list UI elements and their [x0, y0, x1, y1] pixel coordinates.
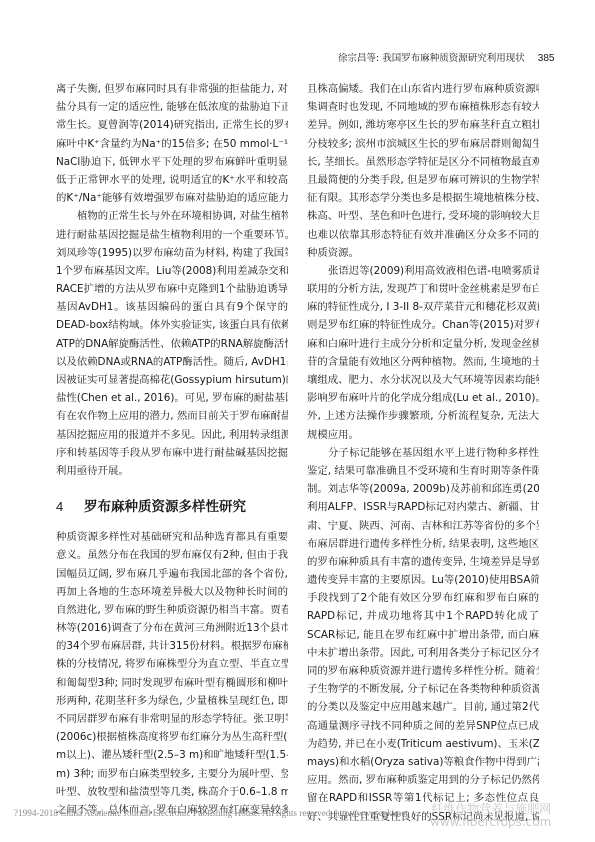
left-column: 离子失衡, 但罗布麻同时具有非常强的拒盐能力, 对 盐分具有一定的适应性, 能够…: [56, 80, 288, 819]
text-line: 因被证实可显著提高棉花(Gossypium hirsutum)的耐: [56, 371, 288, 389]
text-line: 制。刘志华等(2009a, 2009b)及苏前和邱连勇(2015): [307, 480, 539, 498]
text-line: 且株高偏矮。我们在山东省内进行罗布麻种质资源收: [307, 80, 539, 98]
site-watermark: 纤维作物营养与施肥网 www.fibercrops.com: [430, 803, 551, 829]
text-line: 中未扩增出条带。因此, 可利用各类分子标记区分不: [307, 644, 539, 662]
text-line: 外, 上述方法操作步骤繁琐, 分析流程复杂, 无法大: [307, 407, 539, 425]
text-line: 差异。例如, 潍坊寒亭区生长的罗布麻茎秆直立粗壮,: [307, 116, 539, 134]
text-line: 进行耐盐基因挖掘是盐生植物利用的一个重要环节。: [56, 226, 288, 244]
text-line: RACE扩增的方法从罗布麻中克隆到1个盐胁迫诱导: [56, 280, 288, 298]
text-line: 联用的分析方法, 发现芦丁和贯叶金丝桃素是罗布白: [307, 280, 539, 298]
text-line: 低于正常钾水平的处理, 说明适宜的K⁺水平和较高: [56, 171, 288, 189]
text-line: ATP的DNA解旋酶活性、依赖ATP的RNA解旋酶活性: [56, 335, 288, 353]
text-line: m) 3种; 而罗布白麻类型较多, 主要分为展叶型、竖: [56, 765, 288, 783]
text-line: (2006c)根据植株高度将罗布红麻分为丛生高秆型(3: [56, 728, 288, 746]
paragraph-molecular-markers: 分子标记能够在基因组水平上进行物种多样性 鉴定, 结果可靠准确且不受环境和生育时…: [307, 444, 539, 826]
text-line: 的K⁺/Na⁺能够有效增强罗布麻对盐胁迫的适应能力。: [56, 189, 288, 207]
page-number: 385: [538, 53, 555, 64]
text-line: 株高、叶型、茎色和叶色进行, 受环境的影响较大且: [307, 207, 539, 225]
text-line: 手段找到了2个能有效区分罗布红麻和罗布白麻的: [307, 589, 539, 607]
text-line: 利用ALFP、ISSR与RAPD标记对内蒙古、新疆、甘: [307, 498, 539, 516]
text-line: 的分类以及鉴定中应用越来越广。目前, 通过第2代: [307, 698, 539, 716]
text-line: 种质资源。: [307, 244, 539, 262]
text-line: 利用亟待开展。: [56, 462, 288, 480]
text-line: 也难以依靠其形态特征有效并准确区分众多不同的: [307, 226, 539, 244]
watermark-url: www.fibercrops.com: [430, 816, 551, 829]
paragraph-chemical-analysis: 张语迟等(2009)利用高效液相色谱-电喷雾质谱 联用的分析方法, 发现芦丁和贯…: [307, 262, 539, 444]
text-line: 分枝较多; 滨州市滨城区生长的罗布麻居群则匍匐生: [307, 135, 539, 153]
text-line: RAPD标记, 并成功地将其中1个RAPD转化成了: [307, 607, 539, 625]
text-line: 和匍匐型3种; 同时发现罗布麻叶型有椭圆形和柳叶: [56, 674, 288, 692]
text-line: 基因AvDH1。该基因编码的蛋白具有9个保守的: [56, 298, 288, 316]
text-line: 种质资源多样性对基础研究和品种选育都具有重要: [56, 528, 288, 546]
paragraph-morphology: 且株高偏矮。我们在山东省内进行罗布麻种质资源收 集调查时也发现, 不同地域的罗布…: [307, 80, 539, 262]
text-line: 分子标记能够在基因组水平上进行物种多样性: [307, 444, 539, 462]
text-line: 同的罗布麻种质资源并进行遗传多样性分析。随着分: [307, 662, 539, 680]
text-line: 离子失衡, 但罗布麻同时具有非常强的拒盐能力, 对: [56, 80, 288, 98]
text-line: 意义。虽然分布在我国的罗布麻仅有2种, 但由于我: [56, 546, 288, 564]
text-line: 麻的特征性成分, I 3-II 8-双芹菜苷元和穗花杉双黄酮: [307, 298, 539, 316]
text-line: 再加上各地的生态环境差异极大以及物种长时间的: [56, 583, 288, 601]
text-line: DEAD-box结构域。体外实验证实, 该蛋白具有依赖: [56, 316, 288, 334]
text-line: 为趋势, 并已在小麦(Triticum aestivum)、玉米(Zea: [307, 735, 539, 753]
paragraph-salt-genes: 植物的正常生长与外在环境相协调, 对盐生植物 进行耐盐基因挖掘是盐生植物利用的一…: [56, 207, 288, 480]
text-line: 常生长。夏曾润等(2014)研究指出, 正常生长的罗布: [56, 116, 288, 134]
text-line: 麻和白麻叶进行主成分分析和定量分析, 发现金丝桃: [307, 335, 539, 353]
text-line: 刘凤珍等(1995)以罗布麻幼苗为材料, 构建了我国第: [56, 244, 288, 262]
right-column: 且株高偏矮。我们在山东省内进行罗布麻种质资源收 集调查时也发现, 不同地域的罗布…: [307, 80, 539, 826]
text-line: mays)和水稻(Oryza sativa)等粮食作物中得到广泛: [307, 753, 539, 771]
section-heading: 4罗布麻种质资源多样性研究: [56, 496, 288, 518]
running-title: 徐宗昌等: 我国罗布麻种质资源研究利用现状: [338, 53, 525, 64]
text-line: 肃、宁夏、陕西、河南、吉林和江苏等省份的多个罗: [307, 517, 539, 535]
text-line: 则是罗布红麻的特征性成分。Chan等(2015)对罗布红: [307, 316, 539, 334]
text-line: 的罗布麻种质具有丰富的遗传变异, 生境差异是导致: [307, 553, 539, 571]
text-line: m以上)、灌丛矮秆型(2.5–3 m)和旷地矮秆型(1.5–2: [56, 746, 288, 764]
text-line: 麻叶中K⁺含量约为Na⁺的15倍多; 在50 mmol·L⁻¹: [56, 135, 288, 153]
text-line: 且最简便的分类手段, 但是罗布麻可辨识的生物学特: [307, 171, 539, 189]
text-line: 1个罗布麻基因文库。Liu等(2008)利用差减杂交和: [56, 262, 288, 280]
text-line: NaCl胁迫下, 低钾水平下处理的罗布麻鲜叶重明显: [56, 153, 288, 171]
text-line: 高通量测序寻找不同种质之间的差异SNP位点已成: [307, 717, 539, 735]
text-line: 影响罗布麻叶片的化学成分组成(Lu et al., 2010)。另: [307, 389, 539, 407]
text-line: 序和转基因等手段从罗布麻中进行耐盐碱基因挖掘: [56, 444, 288, 462]
text-line: 布麻居群进行遗传多样性分析, 结果表明, 这些地区: [307, 535, 539, 553]
text-line: 遗传变异丰富的主要原因。Lu等(2010)使用BSA筛选: [307, 571, 539, 589]
text-line: 鉴定, 结果可靠准确且不受环境和生育时期等条件限: [307, 462, 539, 480]
text-line: 形两种, 花期茎秆多为绿色, 少量植株呈现红色, 即: [56, 692, 288, 710]
text-line: 国幅员辽阔, 罗布麻几乎遍布我国北部的各个省份,: [56, 565, 288, 583]
text-line: 盐分具有一定的适应性, 能够在低浓度的盐胁迫下正: [56, 98, 288, 116]
text-line: 有在农作物上应用的潜力, 然而目前关于罗布麻耐盐: [56, 407, 288, 425]
text-line: 自然进化, 罗布麻的野生种质资源仍相当丰富。贾春: [56, 601, 288, 619]
section-title-text: 罗布麻种质资源多样性研究: [84, 499, 246, 515]
running-header: 徐宗昌等: 我国罗布麻种质资源研究利用现状 385: [338, 50, 548, 64]
text-line: 集调查时也发现, 不同地域的罗布麻植株形态有较大: [307, 98, 539, 116]
text-line: 张语迟等(2009)利用高效液相色谱-电喷雾质谱: [307, 262, 539, 280]
text-line: 的34个罗布麻居群, 共计315份材料。根据罗布麻植: [56, 637, 288, 655]
text-line: 征有限。其形态学分类也多是根据生境地植株分枝、: [307, 189, 539, 207]
paragraph-salt-tolerance: 离子失衡, 但罗布麻同时具有非常强的拒盐能力, 对 盐分具有一定的适应性, 能够…: [56, 80, 288, 207]
text-line: 叶型、放牧型和盐渍型等几类, 株高介于0.6–1.8 m: [56, 783, 288, 801]
watermark-title: 纤维作物营养与施肥网: [431, 802, 551, 816]
text-line: 株的分枝情况, 将罗布麻株型分为直立型、半直立型: [56, 655, 288, 673]
text-line: 壤组成、肥力、水分状况以及大气环境等因素均能够: [307, 371, 539, 389]
text-line: 不同居群罗布麻有非常明显的形态学特征。张卫明等: [56, 710, 288, 728]
text-line: 长, 茎细长。虽然形态学特征是区分不同植物最直观: [307, 153, 539, 171]
text-line: 以及依赖DNA或RNA的ATP酶活性。随后, AvDH1基: [56, 353, 288, 371]
text-line: 规模应用。: [307, 426, 539, 444]
text-line: 植物的正常生长与外在环境相协调, 对盐生植物: [56, 207, 288, 225]
text-line: 苷的含量能有效地区分两种植物。然而, 生境地的土: [307, 353, 539, 371]
text-line: 盐性(Chen et al., 2016)。可见, 罗布麻的耐盐基因具: [56, 389, 288, 407]
section-number: 4: [56, 496, 84, 518]
text-line: 林等(2016)调查了分布在黄河三角洲附近13个县市: [56, 619, 288, 637]
paragraph-germplasm-diversity: 种质资源多样性对基础研究和品种选育都具有重要 意义。虽然分布在我国的罗布麻仅有2…: [56, 528, 288, 819]
text-line: 子生物学的不断发展, 分子标记在各类物种种质资源: [307, 680, 539, 698]
text-line: 应用。然而, 罗布麻种质鉴定用到的分子标记仍然停: [307, 771, 539, 789]
section-spacer: [56, 480, 288, 496]
text-line: SCAR标记, 能且在罗布红麻中扩增出条带, 而白麻: [307, 626, 539, 644]
copyright-footer: ?1994-2018 China Academic Journal Electr…: [14, 808, 408, 818]
text-line: 基因挖掘应用的报道并不多见。因此, 利用转录组测: [56, 426, 288, 444]
